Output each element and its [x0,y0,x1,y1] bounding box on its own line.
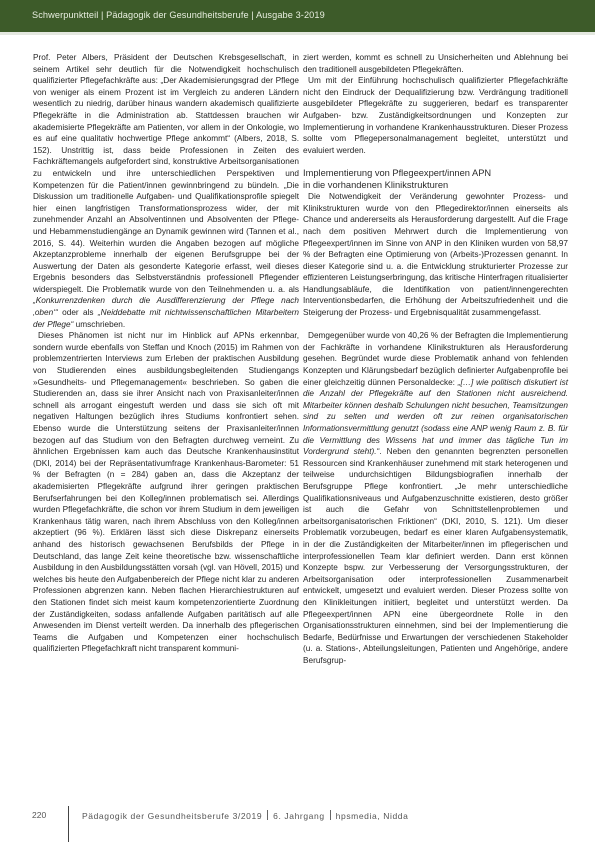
journal-name: Pädagogik der Gesundheitsberufe 3/2019 [82,811,262,821]
footer-divider [68,806,69,842]
running-header-bar: Schwerpunktteil | Pädagogik der Gesundhe… [0,0,595,35]
publisher: hpsmedia, Nidda [336,811,409,821]
section-heading: Implementierung von Pflegeexpert/innen A… [303,168,568,191]
body-paragraph: Dieses Phänomen ist nicht nur im Hinblic… [33,330,299,655]
page-number: 220 [32,810,46,820]
body-paragraph: Um mit der Einführung hochschulisch qual… [303,75,568,156]
interview-quote: „[…] wie politisch diskutiert ist die An… [303,378,568,457]
body-paragraph: Demgegenüber wurde von 40,26 % der Befra… [303,330,568,666]
body-paragraph: Prof. Peter Albers, Präsident der Deutsc… [33,52,299,330]
left-text-column: Prof. Peter Albers, Präsident der Deutsc… [33,52,299,655]
footer-separator [267,810,268,820]
volume: 6. Jahrgang [273,811,325,821]
right-text-column: ziert werden, kommt es schnell zu Unsich… [303,52,568,666]
footer-separator [330,810,331,820]
footer-citation: Pädagogik der Gesundheitsberufe 3/20196.… [82,810,408,821]
body-paragraph: ziert werden, kommt es schnell zu Unsich… [303,52,568,75]
page-footer: 220 Pädagogik der Gesundheitsberufe 3/20… [0,806,595,842]
body-paragraph: Die Notwendigkeit der Veränderung gewohn… [303,191,568,319]
running-header-title: Schwerpunktteil | Pädagogik der Gesundhe… [32,10,325,20]
